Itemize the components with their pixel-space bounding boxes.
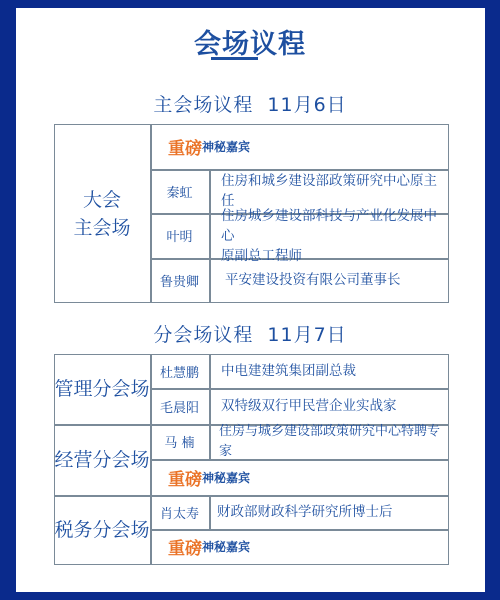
vip-text: 神秘嘉宾 <box>202 538 250 555</box>
speaker-name: 鲁贵卿 <box>150 258 209 302</box>
venue-tax: 税务分会场 <box>54 495 150 565</box>
main-session-heading: 主会场议程 11月6日 <box>0 90 500 117</box>
vip-guest-row: 重磅 神秘嘉宾 <box>150 459 449 495</box>
role-line: 住房城乡建设部科技与产业化发展中心 <box>221 206 449 246</box>
speaker-role: 住房与城乡建设部政策研究中心特聘专家 <box>209 424 449 459</box>
venue-main-hall: 大会 主会场 <box>54 124 150 303</box>
vip-highlight: 重磅 <box>168 465 202 490</box>
speaker-role: 中电建建筑集团副总裁 <box>209 354 449 388</box>
speaker-name: 马 楠 <box>150 424 209 459</box>
venue-management: 管理分会场 <box>54 354 150 424</box>
vip-text: 神秘嘉宾 <box>202 138 250 155</box>
speaker-role: 住房城乡建设部科技与产业化发展中心 原副总工程师 <box>209 213 449 258</box>
speaker-name: 肖太寿 <box>150 495 209 529</box>
vip-highlight: 重磅 <box>168 134 202 159</box>
venue-line: 主会场 <box>73 214 130 242</box>
speaker-role: 财政部财政科学研究所博士后 <box>209 495 449 529</box>
speaker-name: 毛晨阳 <box>150 388 209 424</box>
vip-guest-row: 重磅 神秘嘉宾 <box>150 124 449 169</box>
speaker-name: 秦虹 <box>150 169 209 213</box>
speaker-name: 杜慧鹏 <box>150 354 209 388</box>
vip-highlight: 重磅 <box>168 534 202 559</box>
venue-line: 大会 <box>83 186 121 214</box>
speaker-role: 平安建设投资有限公司董事长 <box>209 258 449 302</box>
speaker-role: 双特级双行甲民营企业实战家 <box>209 388 449 424</box>
sub-session-heading: 分会场议程 11月7日 <box>0 320 500 347</box>
vip-guest-row: 重磅 神秘嘉宾 <box>150 529 449 564</box>
speaker-name: 叶明 <box>150 213 209 258</box>
page-title: 会场议程 <box>0 22 500 61</box>
title-underline <box>211 57 258 60</box>
venue-operations: 经营分会场 <box>54 424 150 495</box>
vip-text: 神秘嘉宾 <box>202 469 250 486</box>
